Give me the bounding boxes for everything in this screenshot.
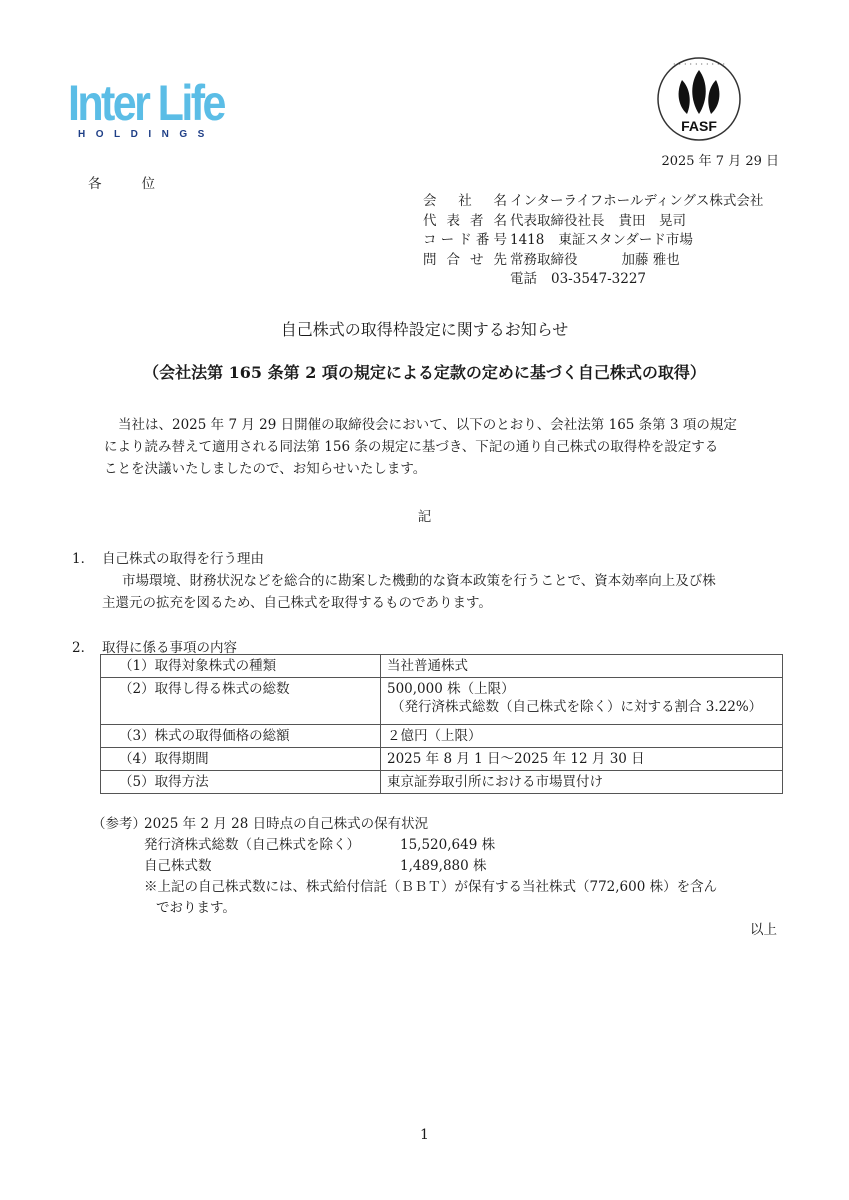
- table-value-cell: 東京証券取引所における市場買付け: [381, 771, 783, 794]
- company-name-label: 会社名: [423, 192, 507, 212]
- table-label-cell: （3）株式の取得価格の総額: [101, 725, 381, 748]
- representative-value: 代表取締役社長貴田 晃司: [510, 212, 686, 232]
- reference-note: ※上記の自己株式数には、株式給付信託（ＢＢＴ）が保有する当社株式（772,600…: [92, 877, 717, 898]
- addressee-char: 位: [142, 172, 156, 192]
- page-number: 1: [0, 1127, 849, 1143]
- reference-row-treasury: 自己株式数 1,489,880 株: [92, 856, 717, 877]
- table-row: （5）取得方法 東京証券取引所における市場買付け: [101, 771, 783, 794]
- intro-line: により読み替えて適用される同法第 156 条の規定に基づき、下記の通り自己株式の…: [104, 436, 804, 458]
- value-note: （発行済株式総数（自己株式を除く）に対する割合 3.22%）: [387, 698, 776, 716]
- code-row: コード番号 1418東証スタンダード市場: [423, 231, 763, 251]
- document-subtitle: （会社法第 165 条第 2 項の規定による定款の定めに基づく自己株式の取得）: [0, 360, 849, 383]
- company-name-row: 会社名 インターライフホールディングス株式会社: [423, 192, 763, 212]
- phone-value: 電話03-3547-3227: [510, 270, 646, 290]
- company-logo: Inter Life HOLDINGS: [68, 78, 238, 144]
- addressee: 各位: [88, 172, 155, 192]
- addressee-char: 各: [88, 172, 102, 192]
- section-1: 1．自己株式の取得を行う理由 市場環境、財務状況などを総合的に勘案した機動的な資…: [72, 548, 716, 614]
- table-row: （2）取得し得る株式の総数 500,000 株（上限） （発行済株式総数（自己株…: [101, 678, 783, 725]
- contact-label: 問合せ先: [423, 251, 507, 271]
- contact-value: 常務取締役加藤 雅也: [510, 251, 680, 271]
- table-row: （3）株式の取得価格の総額 ２億円（上限）: [101, 725, 783, 748]
- representative-row: 代表者名 代表取締役社長貴田 晃司: [423, 212, 763, 232]
- representative-label: 代表者名: [423, 212, 507, 232]
- code-value: 1418東証スタンダード市場: [510, 231, 693, 251]
- acquisition-details-table: （1）取得対象株式の種類 当社普通株式 （2）取得し得る株式の総数 500,00…: [100, 654, 783, 794]
- table-label-cell: （2）取得し得る株式の総数: [101, 678, 381, 725]
- closing-mark: 以上: [750, 918, 777, 938]
- section-1-body-line: 市場環境、財務状況などを総合的に勘案した機動的な資本政策を行うことで、資本効率向…: [72, 570, 716, 592]
- document-title: 自己株式の取得枠設定に関するお知らせ: [0, 317, 849, 340]
- logo-wordmark: Inter Life: [68, 78, 214, 128]
- company-info: 会社名 インターライフホールディングス株式会社 代表者名 代表取締役社長貴田 晃…: [423, 192, 763, 290]
- phone-row: 電話03-3547-3227: [423, 270, 763, 290]
- table-label-cell: （5）取得方法: [101, 771, 381, 794]
- section-2-heading: 2．取得に係る事項の内容: [72, 636, 237, 656]
- value-line: 500,000 株（上限）: [387, 680, 776, 698]
- section-1-heading: 1．自己株式の取得を行う理由: [72, 548, 716, 570]
- table-label-cell: （1）取得対象株式の種類: [101, 655, 381, 678]
- reference-row-issued: 発行済株式総数（自己株式を除く） 15,520,649 株: [92, 835, 717, 856]
- seal-caption: FASF: [656, 118, 742, 134]
- table-value-cell: 当社普通株式: [381, 655, 783, 678]
- ki-marker: 記: [0, 505, 849, 525]
- svg-text:・・・・・・・・・・: ・・・・・・・・・・: [671, 62, 726, 68]
- section-1-body-line: 主還元の拡充を図るため、自己株式を取得するものであります。: [72, 592, 716, 614]
- reference-note-cont: でおります。: [92, 898, 717, 919]
- contact-row: 問合せ先 常務取締役加藤 雅也: [423, 251, 763, 271]
- intro-line: ことを決議いたしましたので、お知らせいたします。: [104, 458, 804, 480]
- reference-heading: （参考） 2025 年 2 月 28 日時点の自己株式の保有状況: [92, 814, 717, 835]
- table-value-cell: 2025 年 8 月 1 日～2025 年 12 月 30 日: [381, 748, 783, 771]
- table-label-cell: （4）取得期間: [101, 748, 381, 771]
- table-row: （4）取得期間 2025 年 8 月 1 日～2025 年 12 月 30 日: [101, 748, 783, 771]
- intro-paragraph: 当社は、2025 年 7 月 29 日開催の取締役会において、以下のとおり、会社…: [104, 414, 804, 480]
- table-value-cell: ２億円（上限）: [381, 725, 783, 748]
- reference-block: （参考） 2025 年 2 月 28 日時点の自己株式の保有状況 発行済株式総数…: [92, 814, 717, 919]
- code-label: コード番号: [423, 231, 507, 251]
- table-value-cell: 500,000 株（上限） （発行済株式総数（自己株式を除く）に対する割合 3.…: [381, 678, 783, 725]
- table-row: （1）取得対象株式の種類 当社普通株式: [101, 655, 783, 678]
- company-name-value: インターライフホールディングス株式会社: [510, 192, 763, 212]
- intro-line: 当社は、2025 年 7 月 29 日開催の取締役会において、以下のとおり、会社…: [104, 414, 804, 436]
- fasf-seal-icon: ・・・・・・・・・・ FASF: [656, 56, 742, 142]
- document-date: 2025 年 7 月 29 日: [661, 150, 779, 169]
